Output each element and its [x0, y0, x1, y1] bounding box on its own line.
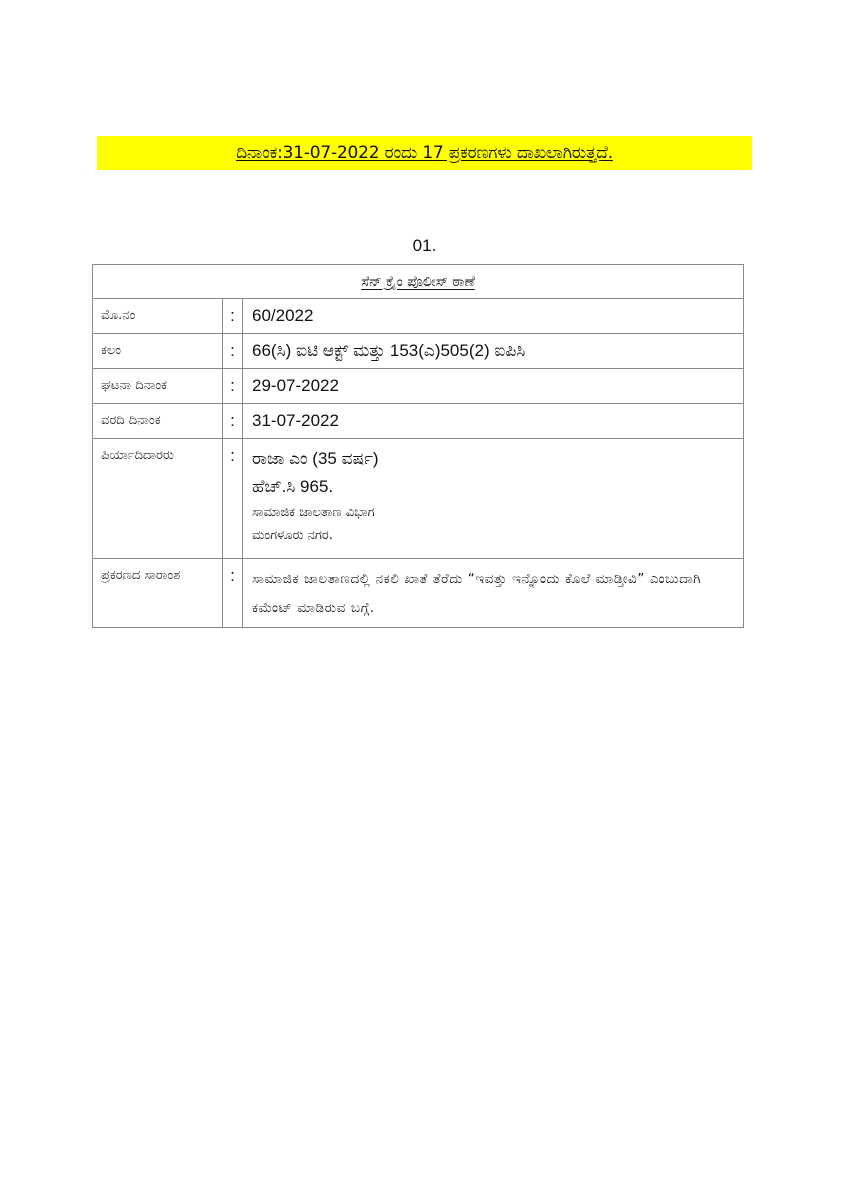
- station-row: ಸೆನ್ ಕ್ರೈಂ ಪೊಲೀಸ್ ಠಾಣೆ: [93, 265, 744, 299]
- complainant-designation: ಹೆಚ್.ಸಿ 965.: [252, 473, 743, 501]
- colon-separator: :: [223, 404, 242, 431]
- complainant-unit: ಸಾಮಾಜಿಕ ಜಾಲತಾಣ ವಿಭಾಗ: [252, 501, 743, 524]
- row-label-case-summary: ಪ್ರಕರಣದ ಸಾರಾಂಶ: [93, 559, 222, 587]
- table-row: ಪ್ರಕರಣದ ಸಾರಾಂಶ : ಸಾಮಾಜಿಕ ಜಾಲತಾಣದಲ್ಲಿ ನಕಲ…: [93, 559, 744, 628]
- table-row: ವರದಿ ದಿನಾಂಕ : 31-07-2022: [93, 404, 744, 439]
- colon-separator: :: [223, 439, 242, 466]
- police-station-title: ಸೆನ್ ಕ್ರೈಂ ಪೊಲೀಸ್ ಠಾಣೆ: [361, 274, 475, 290]
- table-row: ಮೊ.ನಂ : 60/2022: [93, 299, 744, 334]
- row-value-sections: 66(ಸಿ) ಐಟಿ ಆಕ್ಟ್ ಮತ್ತು 153(ಎ)505(2) ಐಪಿಸ…: [243, 334, 743, 362]
- table-row: ಪಿರ್ಯಾದಿದಾರರು : ರಾಜಾ ಎಂ (35 ವರ್ಷ) ಹೆಚ್.ಸ…: [93, 439, 744, 559]
- case-summary-text: ಸಾಮಾಜಿಕ ಜಾಲತಾಣದಲ್ಲಿ ನಕಲಿ ಖಾತೆ ತೆರೆದು “ಇವ…: [243, 559, 743, 623]
- row-label-fir-number: ಮೊ.ನಂ: [93, 299, 222, 327]
- row-value-fir-number: 60/2022: [243, 299, 743, 327]
- colon-separator: :: [223, 559, 242, 586]
- table-row: ಕಲಂ : 66(ಸಿ) ಐಟಿ ಆಕ್ಟ್ ಮತ್ತು 153(ಎ)505(2…: [93, 334, 744, 369]
- row-label-report-date: ವರದಿ ದಿನಾಂಕ: [93, 404, 222, 432]
- row-label-complainant: ಪಿರ್ಯಾದಿದಾರರು: [93, 439, 222, 467]
- colon-separator: :: [223, 334, 242, 361]
- row-value-incident-date: 29-07-2022: [243, 369, 743, 397]
- case-details-table: ಸೆನ್ ಕ್ರೈಂ ಪೊಲೀಸ್ ಠಾಣೆ ಮೊ.ನಂ : 60/2022 ಕ…: [92, 264, 744, 628]
- complainant-details: ರಾಜಾ ಎಂ (35 ವರ್ಷ) ಹೆಚ್.ಸಿ 965. ಸಾಮಾಜಿಕ ಜ…: [243, 439, 743, 547]
- row-label-sections: ಕಲಂ: [93, 334, 222, 362]
- station-cell: ಸೆನ್ ಕ್ರೈಂ ಪೊಲೀಸ್ ಠಾಣೆ: [93, 265, 744, 299]
- table-row: ಘಟನಾ ದಿನಾಂಕ : 29-07-2022: [93, 369, 744, 404]
- complainant-city: ಮಂಗಳೂರು ನಗರ.: [252, 524, 743, 547]
- case-number: 01.: [0, 236, 849, 256]
- date-summary-banner: ದಿನಾಂಕ:31-07-2022 ರಂದು 17 ಪ್ರಕರಣಗಳು ದಾಖಲ…: [97, 136, 752, 170]
- banner-text: ದಿನಾಂಕ:31-07-2022 ರಂದು 17 ಪ್ರಕರಣಗಳು ದಾಖಲ…: [236, 143, 613, 163]
- complainant-name: ರಾಜಾ ಎಂ (35 ವರ್ಷ): [252, 445, 743, 473]
- row-value-report-date: 31-07-2022: [243, 404, 743, 432]
- row-label-incident-date: ಘಟನಾ ದಿನಾಂಕ: [93, 369, 222, 397]
- colon-separator: :: [223, 299, 242, 326]
- colon-separator: :: [223, 369, 242, 396]
